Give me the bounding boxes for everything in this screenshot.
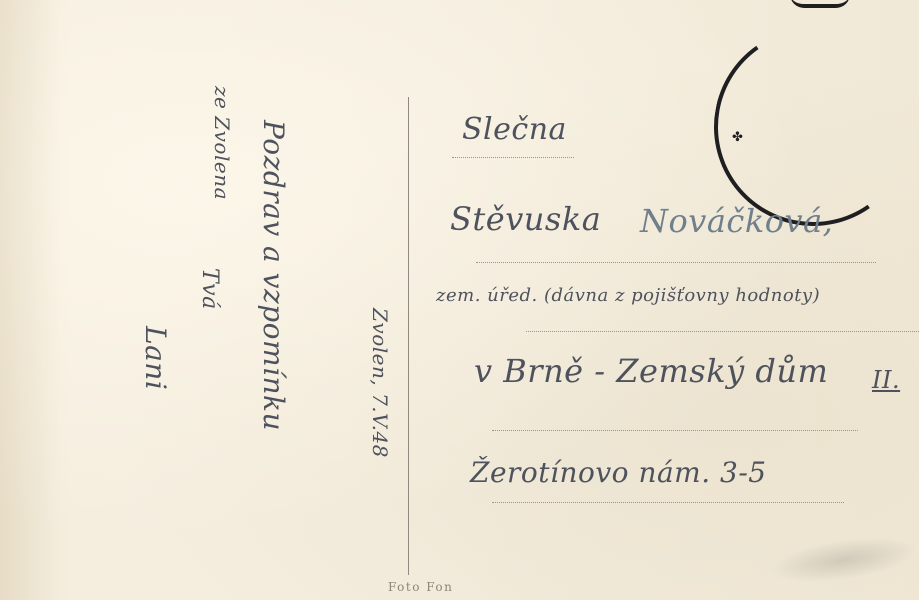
- address-rule-1: [452, 157, 574, 158]
- address-city: v Brně - Zemský dům: [474, 352, 828, 390]
- address-rule-5: [492, 502, 844, 503]
- paper-edge-shadow: [0, 0, 60, 600]
- postcard-back: ✤ Slečna Stěvuska Nováčková, zem. úřed. …: [0, 0, 919, 600]
- postmark-clover-icon: ✤: [732, 130, 743, 145]
- address-rule-2: [476, 262, 876, 263]
- message-greeting-line2: ze Zvolena: [210, 86, 234, 200]
- address-rule-3: [526, 331, 919, 332]
- message-place-date: Zvolen, 7.V.48: [368, 308, 392, 458]
- ink-smudge: [767, 530, 919, 590]
- address-first-name: Stěvuska: [450, 200, 601, 238]
- address-street: Žerotínovo nám. 3-5: [470, 456, 767, 489]
- center-divider-line: [408, 97, 409, 575]
- message-signature: Lani: [139, 326, 172, 390]
- address-floor: II.: [872, 366, 900, 394]
- photo-imprint: Foto Fon: [388, 580, 453, 594]
- message-greeting-line1: Pozdrav a vzpomínku: [257, 120, 290, 431]
- message-closing: Tvá: [197, 268, 222, 310]
- address-rule-4: [492, 430, 858, 431]
- address-occupation: zem. úřed. (dávna z pojišťovny hodnoty): [436, 285, 820, 306]
- address-surname: Nováčková,: [640, 202, 833, 240]
- postmark-arc-top: [790, 0, 850, 8]
- address-salutation: Slečna: [462, 112, 567, 147]
